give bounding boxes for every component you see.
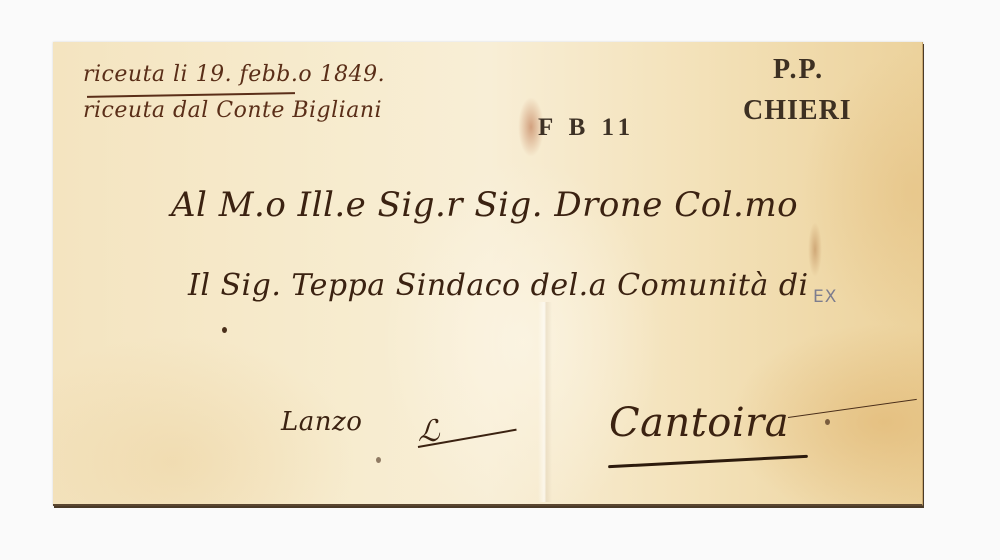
ink-stain [808, 222, 822, 277]
letter-cover: riceuta li 19. febb.o 1849. riceuta dal … [53, 42, 923, 506]
date-postmark: F B 11 [538, 114, 635, 142]
docket-note-line-1: riceuta li 19. febb.o 1849. [83, 62, 385, 87]
town-postmark: CHIERI [743, 95, 852, 127]
paper-fold [538, 302, 552, 502]
destination-underline [608, 455, 808, 468]
destination-town: Cantoira [609, 400, 789, 446]
pencil-annotation: EX [813, 287, 837, 307]
page-background: riceuta li 19. febb.o 1849. riceuta dal … [0, 0, 1000, 560]
docket-note-line-2: riceuta dal Conte Bigliani [83, 98, 382, 123]
via-town: Lanzo [281, 407, 362, 437]
paid-postmark: P.P. [773, 54, 824, 86]
ink-dot [376, 457, 381, 463]
ink-dot [825, 419, 830, 425]
address-line-1: Al M.o Ill.e Sig.r Sig. Drone Col.mo [171, 185, 798, 225]
destination-flourish [788, 399, 917, 418]
ink-dot [222, 327, 227, 333]
address-line-2: Il Sig. Teppa Sindaco del.a Comunità di [188, 268, 809, 303]
docket-note-underline [87, 92, 295, 98]
